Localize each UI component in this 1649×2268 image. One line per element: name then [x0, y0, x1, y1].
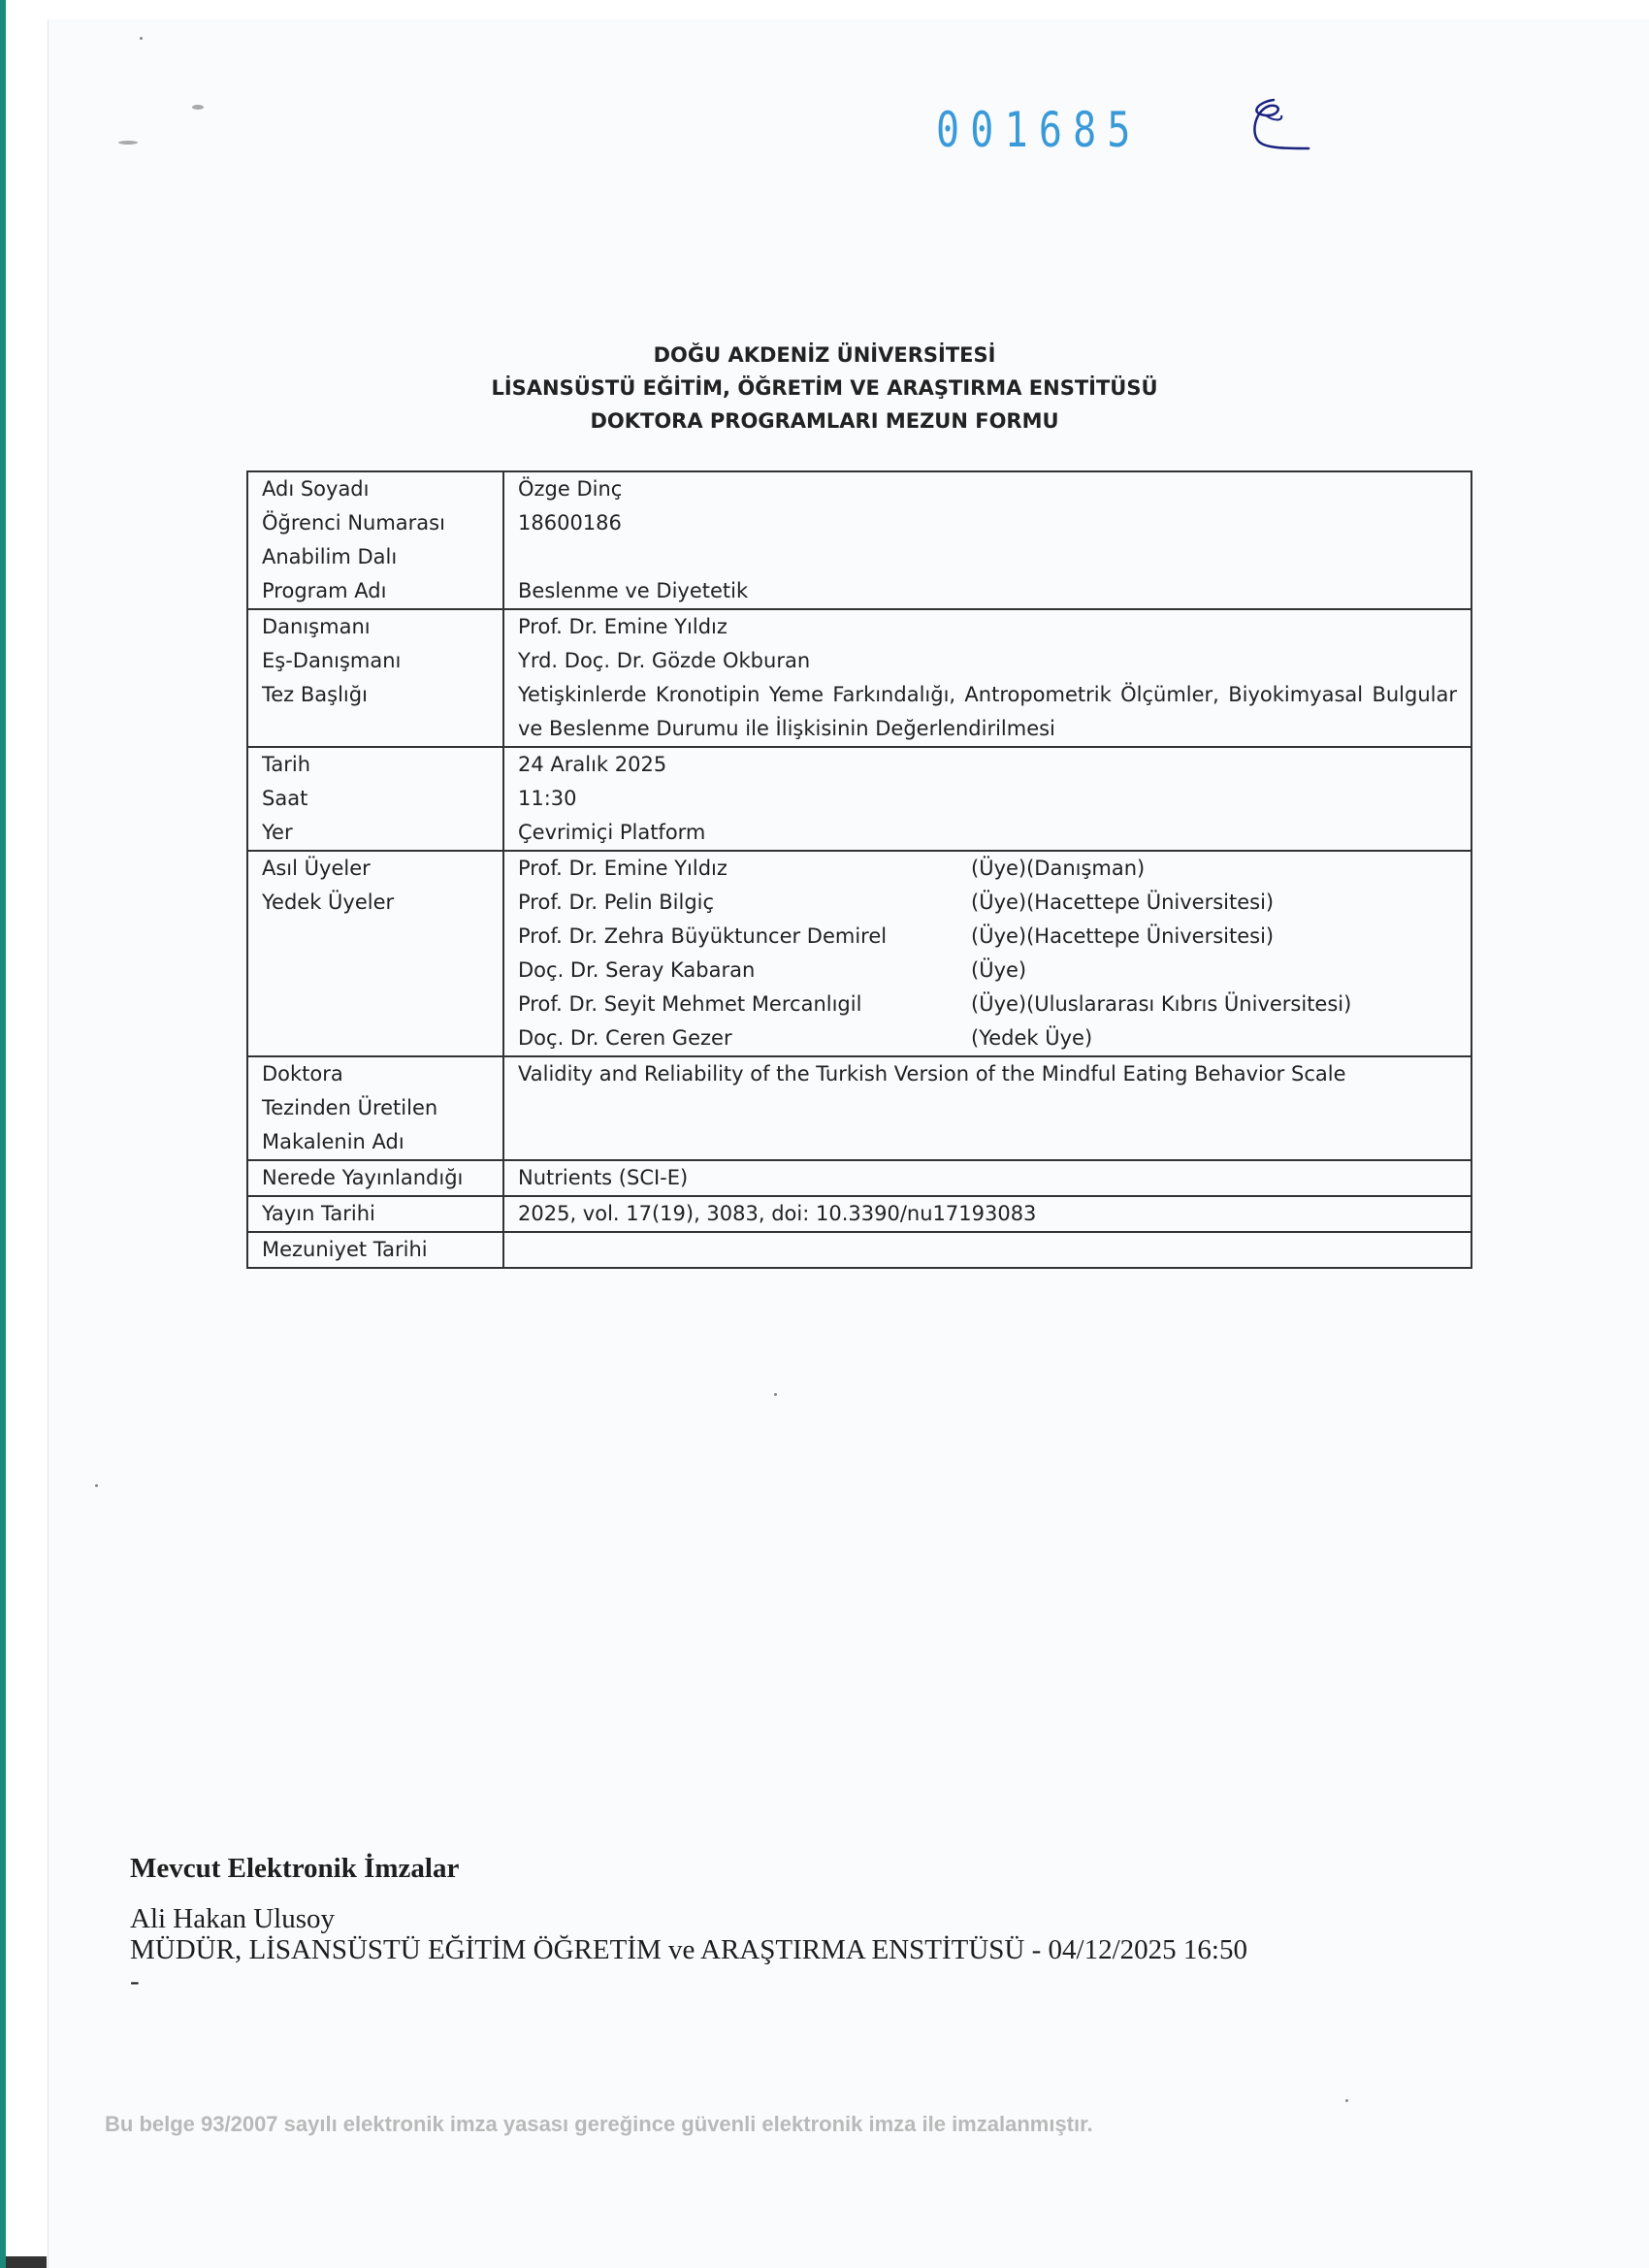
place-label: Yer [262, 816, 489, 850]
scan-speck [118, 141, 138, 145]
member-name: Prof. Dr. Emine Yıldız [518, 852, 971, 886]
article-labels: Doktora Tezinden Üretilen Makalenin Adı [247, 1056, 503, 1160]
handwritten-initial-icon [1237, 92, 1314, 160]
e-signature-footer-note: Bu belge 93/2007 sayılı elektronik imza … [105, 2112, 1093, 2137]
signer-role: MÜDÜR, LİSANSÜSTÜ EĞİTİM ÖĞRETİM ve ARAŞ… [130, 1934, 1247, 1966]
committee-member: Prof. Dr. Zehra Büyüktuncer Demirel (Üye… [518, 920, 1457, 954]
publication-date-value: 2025, vol. 17(19), 3083, doi: 10.3390/nu… [503, 1196, 1471, 1232]
thesis-title: Yetişkinlerde Kronotipin Yeme Farkındalı… [518, 678, 1457, 746]
member-name: Doç. Dr. Ceren Gezer [518, 1021, 971, 1055]
published-in-value: Nutrients (SCI-E) [503, 1160, 1471, 1196]
article-row: Doktora Tezinden Üretilen Makalenin Adı … [247, 1056, 1471, 1160]
committee-labels: Asıl Üyeler Yedek Üyeler [247, 851, 503, 1056]
member-role: (Üye)(Hacettepe Üniversitesi) [971, 886, 1274, 920]
student-info-labels: Adı Soyadı Öğrenci Numarası Anabilim Dal… [247, 471, 503, 609]
scan-speck [1345, 2099, 1348, 2102]
member-name: Prof. Dr. Seyit Mehmet Mercanlıgil [518, 988, 971, 1021]
article-title-text: Validity and Reliability of the Turkish … [518, 1057, 1457, 1091]
student-number: 18600186 [518, 506, 1457, 540]
committee-member: Prof. Dr. Pelin Bilgiç (Üye)(Hacettepe Ü… [518, 886, 1457, 920]
graduation-date-value [503, 1232, 1471, 1268]
time-label: Saat [262, 782, 489, 816]
article-label-line3: Makalenin Adı [262, 1125, 489, 1159]
scan-speck [95, 1484, 98, 1487]
main-members-label: Asıl Üyeler [262, 852, 489, 886]
name-label: Adı Soyadı [262, 472, 489, 506]
committee-member: Doç. Dr. Seray Kabaran (Üye) [518, 954, 1457, 988]
member-name: Doç. Dr. Seray Kabaran [518, 954, 971, 988]
scanner-corner [6, 2256, 47, 2268]
graduation-date-row: Mezuniyet Tarihi [247, 1232, 1471, 1268]
member-role: (Üye)(Danışman) [971, 852, 1145, 886]
member-role: (Yedek Üye) [971, 1021, 1092, 1055]
graduation-date-label: Mezuniyet Tarihi [247, 1232, 503, 1268]
advisor-row: Danışmanı Eş-Danışmanı Tez Başlığı Prof.… [247, 609, 1471, 747]
article-label-line2: Tezinden Üretilen [262, 1091, 489, 1125]
institute-name: LİSANSÜSTÜ EĞİTİM, ÖĞRETİM VE ARAŞTIRMA … [0, 372, 1649, 405]
document-number-stamp: 001685 [936, 102, 1142, 158]
electronic-signatures-title: Mevcut Elektronik İmzalar [130, 1853, 459, 1885]
signature-dash: - [130, 1965, 140, 1997]
defense-labels: Tarih Saat Yer [247, 747, 503, 851]
student-info-values: Özge Dinç 18600186 Beslenme ve Diyetetik [503, 471, 1471, 609]
student-name: Özge Dinç [518, 472, 1457, 506]
publication-date-label: Yayın Tarihi [247, 1196, 503, 1232]
student-info-row: Adı Soyadı Öğrenci Numarası Anabilim Dal… [247, 471, 1471, 609]
member-role: (Üye) [971, 954, 1026, 988]
graduate-form-table: Adı Soyadı Öğrenci Numarası Anabilim Dal… [246, 470, 1472, 1269]
member-role: (Üye)(Uluslararası Kıbrıs Üniversitesi) [971, 988, 1351, 1021]
program-name: Beslenme ve Diyetetik [518, 574, 1457, 608]
substitute-members-label: Yedek Üyeler [262, 886, 489, 920]
committee-row: Asıl Üyeler Yedek Üyeler Prof. Dr. Emine… [247, 851, 1471, 1056]
co-advisor-name: Yrd. Doç. Dr. Gözde Okburan [518, 644, 1457, 678]
date-label: Tarih [262, 748, 489, 782]
department-label: Anabilim Dalı [262, 540, 489, 574]
defense-time: 11:30 [518, 782, 1457, 816]
defense-date: 24 Aralık 2025 [518, 748, 1457, 782]
signer-name: Ali Hakan Ulusoy [130, 1903, 335, 1935]
article-title: Validity and Reliability of the Turkish … [503, 1056, 1471, 1160]
scan-speck [140, 37, 143, 40]
co-advisor-label: Eş-Danışmanı [262, 644, 489, 678]
defense-row: Tarih Saat Yer 24 Aralık 2025 11:30 Çevr… [247, 747, 1471, 851]
member-name: Prof. Dr. Zehra Büyüktuncer Demirel [518, 920, 971, 954]
committee-member: Doç. Dr. Ceren Gezer (Yedek Üye) [518, 1021, 1457, 1055]
scan-speck [774, 1393, 777, 1396]
member-name: Prof. Dr. Pelin Bilgiç [518, 886, 971, 920]
article-label-line1: Doktora [262, 1057, 489, 1091]
university-name: DOĞU AKDENİZ ÜNİVERSİTESİ [0, 339, 1649, 372]
published-in-label: Nerede Yayınlandığı [247, 1160, 503, 1196]
publication-date-row: Yayın Tarihi 2025, vol. 17(19), 3083, do… [247, 1196, 1471, 1232]
advisor-label: Danışmanı [262, 610, 489, 644]
student-number-label: Öğrenci Numarası [262, 506, 489, 540]
form-title: DOKTORA PROGRAMLARI MEZUN FORMU [0, 405, 1649, 437]
department-value [518, 540, 1457, 574]
defense-values: 24 Aralık 2025 11:30 Çevrimiçi Platform [503, 747, 1471, 851]
committee-member: Prof. Dr. Seyit Mehmet Mercanlıgil (Üye)… [518, 988, 1457, 1021]
advisor-name: Prof. Dr. Emine Yıldız [518, 610, 1457, 644]
advisor-values: Prof. Dr. Emine Yıldız Yrd. Doç. Dr. Göz… [503, 609, 1471, 747]
member-role: (Üye)(Hacettepe Üniversitesi) [971, 920, 1274, 954]
advisor-labels: Danışmanı Eş-Danışmanı Tez Başlığı [247, 609, 503, 747]
committee-members: Prof. Dr. Emine Yıldız (Üye)(Danışman) P… [503, 851, 1471, 1056]
published-in-row: Nerede Yayınlandığı Nutrients (SCI-E) [247, 1160, 1471, 1196]
thesis-title-label: Tez Başlığı [262, 678, 489, 712]
scan-speck [192, 105, 204, 110]
program-label: Program Adı [262, 574, 489, 608]
defense-place: Çevrimiçi Platform [518, 816, 1457, 850]
committee-member: Prof. Dr. Emine Yıldız (Üye)(Danışman) [518, 852, 1457, 886]
